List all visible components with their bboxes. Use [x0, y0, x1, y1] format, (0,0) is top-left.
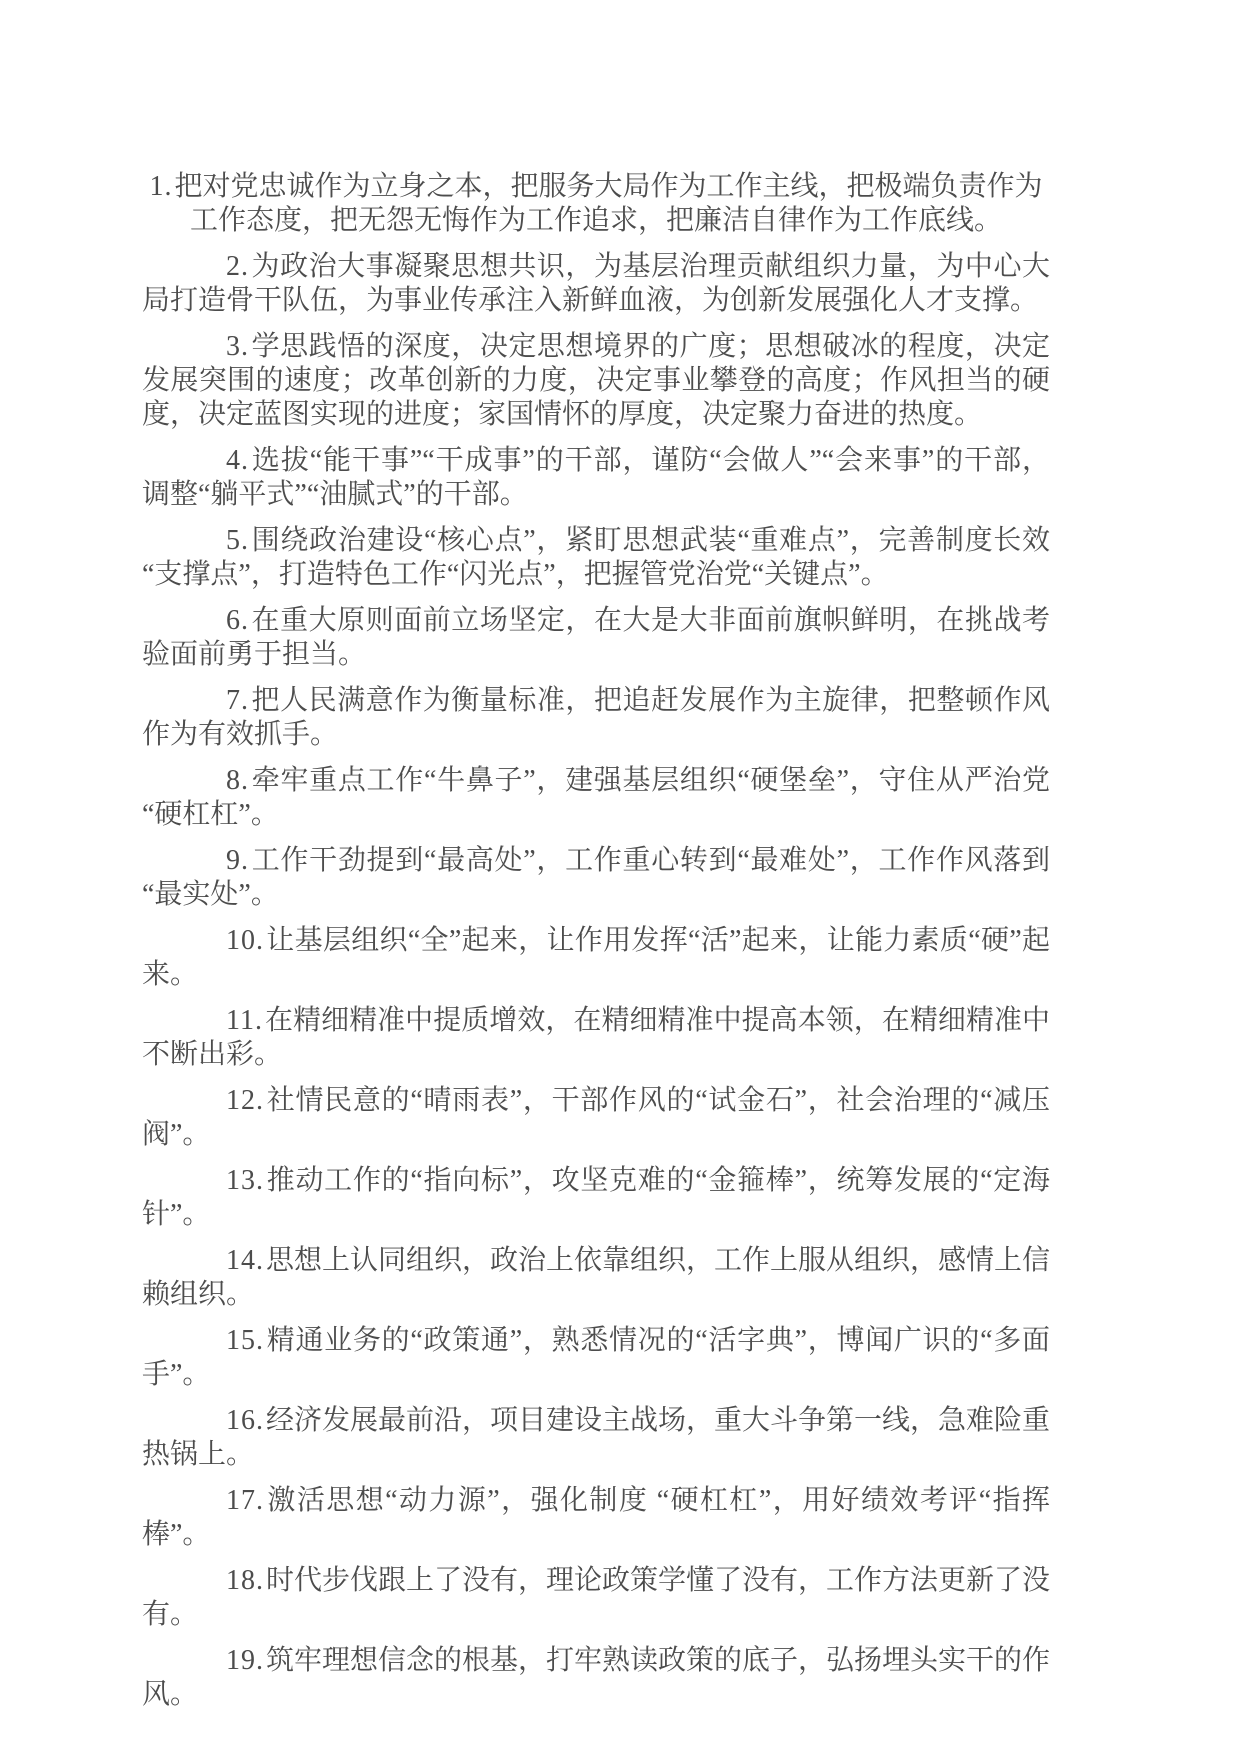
- item-text: 思想上认同组织，政治上依靠组织，工作上服从组织，感情上信赖组织。: [142, 1245, 1050, 1310]
- list-item: 4.选拔“能干事”“干成事”的干部，谨防“会做人”“会来事”的干部，调整“躺平式…: [142, 444, 1050, 512]
- item-text: 围绕政治建设“核心点”，紧盯思想武装“重难点”，完善制度长效“支撑点”，打造特色…: [142, 525, 1050, 590]
- item-number: 7.: [226, 685, 251, 716]
- list-item: 13.推动工作的“指向标”，攻坚克难的“金箍棒”，统筹发展的“定海针”。: [142, 1164, 1050, 1232]
- item-number: 17.: [226, 1485, 266, 1516]
- numbered-list: 1.把对党忠诚作为立身之本，把服务大局作为工作主线，把极端负责作为工作态度，把无…: [142, 170, 1050, 1712]
- item-number: 12.: [226, 1085, 266, 1116]
- item-text: 推动工作的“指向标”，攻坚克难的“金箍棒”，统筹发展的“定海针”。: [142, 1165, 1050, 1230]
- item-text: 选拔“能干事”“干成事”的干部，谨防“会做人”“会来事”的干部，调整“躺平式”“…: [142, 445, 1050, 510]
- item-text: 牵牢重点工作“牛鼻子”，建强基层组织“硬堡垒”，守住从严治党“硬杠杠”。: [142, 765, 1050, 830]
- item-text: 经济发展最前沿，项目建设主战场，重大斗争第一线，急难险重热锅上。: [142, 1405, 1050, 1470]
- list-item: 16.经济发展最前沿，项目建设主战场，重大斗争第一线，急难险重热锅上。: [142, 1404, 1050, 1472]
- item-number: 1.: [149, 171, 174, 202]
- item-text: 社情民意的“晴雨表”，干部作风的“试金石”，社会治理的“减压阀”。: [142, 1085, 1050, 1150]
- list-item: 17.激活思想“动力源”，强化制度 “硬杠杠”，用好绩效考评“指挥棒”。: [142, 1484, 1050, 1552]
- list-item: 19.筑牢理想信念的根基，打牢熟读政策的底子，弘扬埋头实干的作风。: [142, 1644, 1050, 1712]
- item-number: 4.: [226, 445, 251, 476]
- document-page: 1.把对党忠诚作为立身之本，把服务大局作为工作主线，把极端负责作为工作态度，把无…: [0, 0, 1240, 1754]
- item-number: 11.: [226, 1005, 265, 1036]
- item-number: 6.: [226, 605, 251, 636]
- item-number: 9.: [226, 845, 251, 876]
- item-number: 14.: [226, 1245, 266, 1276]
- item-text: 时代步伐跟上了没有，理论政策学懂了没有，工作方法更新了没有。: [142, 1565, 1050, 1630]
- item-number: 2.: [226, 251, 251, 282]
- list-item: 11.在精细精准中提质增效，在精细精准中提高本领，在精细精准中不断出彩。: [142, 1004, 1050, 1072]
- item-text: 筑牢理想信念的根基，打牢熟读政策的底子，弘扬埋头实干的作风。: [142, 1645, 1050, 1710]
- item-number: 13.: [226, 1165, 266, 1196]
- list-item: 3.学思践悟的深度，决定思想境界的广度；思想破冰的程度，决定发展突围的速度；改革…: [142, 330, 1050, 432]
- list-item: 14.思想上认同组织，政治上依靠组织，工作上服从组织，感情上信赖组织。: [142, 1244, 1050, 1312]
- item-text: 为政治大事凝聚思想共识，为基层治理贡献组织力量，为中心大局打造骨干队伍，为事业传…: [142, 251, 1050, 316]
- item-number: 8.: [226, 765, 251, 796]
- list-item: 8.牵牢重点工作“牛鼻子”，建强基层组织“硬堡垒”，守住从严治党“硬杠杠”。: [142, 764, 1050, 832]
- list-item: 9.工作干劲提到“最高处”，工作重心转到“最难处”，工作作风落到“最实处”。: [142, 844, 1050, 912]
- item-text: 学思践悟的深度，决定思想境界的广度；思想破冰的程度，决定发展突围的速度；改革创新…: [142, 331, 1050, 430]
- list-item: 15.精通业务的“政策通”，熟悉情况的“活字典”，博闻广识的“多面手”。: [142, 1324, 1050, 1392]
- item-number: 10.: [226, 925, 266, 956]
- item-number: 19.: [226, 1645, 266, 1676]
- list-item: 7.把人民满意作为衡量标准，把追赶发展作为主旋律，把整顿作风作为有效抓手。: [142, 684, 1050, 752]
- list-item: 10.让基层组织“全”起来，让作用发挥“活”起来，让能力素质“硬”起来。: [142, 924, 1050, 992]
- item-text: 工作干劲提到“最高处”，工作重心转到“最难处”，工作作风落到“最实处”。: [142, 845, 1050, 910]
- list-item: 18.时代步伐跟上了没有，理论政策学懂了没有，工作方法更新了没有。: [142, 1564, 1050, 1632]
- list-item: 6.在重大原则面前立场坚定，在大是大非面前旗帜鲜明，在挑战考验面前勇于担当。: [142, 604, 1050, 672]
- item-number: 15.: [226, 1325, 266, 1356]
- item-text: 在精细精准中提质增效，在精细精准中提高本领，在精细精准中不断出彩。: [142, 1005, 1050, 1070]
- item-text: 在重大原则面前立场坚定，在大是大非面前旗帜鲜明，在挑战考验面前勇于担当。: [142, 605, 1050, 670]
- item-number: 5.: [226, 525, 251, 556]
- item-number: 3.: [226, 331, 251, 362]
- item-text: 激活思想“动力源”，强化制度 “硬杠杠”，用好绩效考评“指挥棒”。: [142, 1485, 1050, 1550]
- item-number: 16.: [226, 1405, 266, 1436]
- list-item: 12.社情民意的“晴雨表”，干部作风的“试金石”，社会治理的“减压阀”。: [142, 1084, 1050, 1152]
- item-text: 精通业务的“政策通”，熟悉情况的“活字典”，博闻广识的“多面手”。: [142, 1325, 1050, 1390]
- list-item: 5.围绕政治建设“核心点”，紧盯思想武装“重难点”，完善制度长效“支撑点”，打造…: [142, 524, 1050, 592]
- item-text: 把人民满意作为衡量标准，把追赶发展作为主旋律，把整顿作风作为有效抓手。: [142, 685, 1050, 750]
- item-text: 把对党忠诚作为立身之本，把服务大局作为工作主线，把极端负责作为工作态度，把无怨无…: [174, 171, 1042, 236]
- list-item: 1.把对党忠诚作为立身之本，把服务大局作为工作主线，把极端负责作为工作态度，把无…: [142, 170, 1050, 238]
- item-number: 18.: [226, 1565, 266, 1596]
- list-item: 2.为政治大事凝聚思想共识，为基层治理贡献组织力量，为中心大局打造骨干队伍，为事…: [142, 250, 1050, 318]
- item-text: 让基层组织“全”起来，让作用发挥“活”起来，让能力素质“硬”起来。: [142, 925, 1050, 990]
